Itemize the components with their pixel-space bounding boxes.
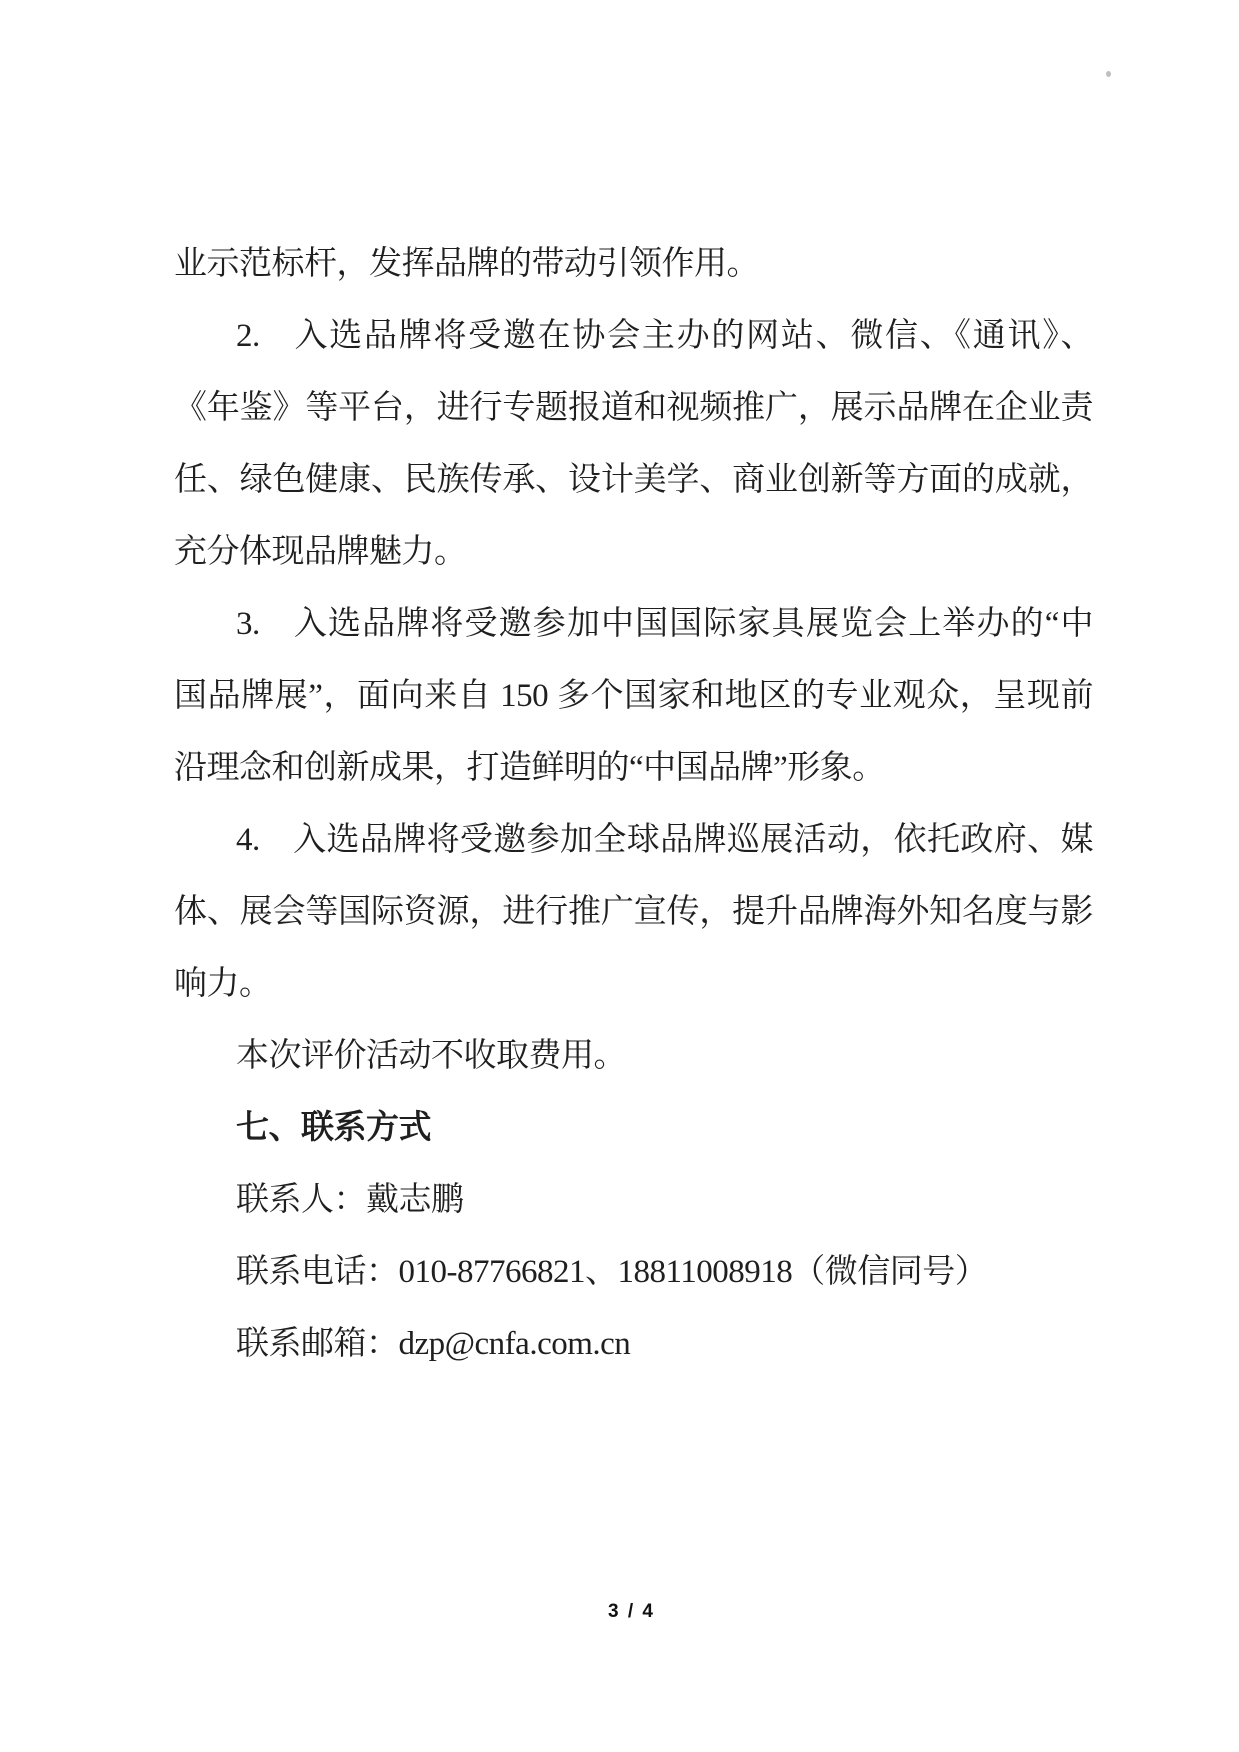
text-line: 业示范标杆，发挥品牌的带动引领作用。 xyxy=(174,228,1093,300)
text-line: 任、绿色健康、民族传承、设计美学、商业创新等方面的成就， xyxy=(174,444,1093,516)
text-line: 国品牌展”，面向来自 150 多个国家和地区的专业观众，呈现前 xyxy=(174,660,1093,732)
text-line: 沿理念和创新成果，打造鲜明的“中国品牌”形象。 xyxy=(174,732,1093,804)
text-line: 《年鉴》等平台，进行专题报道和视频推广，展示品牌在企业责 xyxy=(174,372,1093,444)
text-line: 体、展会等国际资源，进行推广宣传，提升品牌海外知名度与影 xyxy=(174,876,1093,948)
page-number-indicator: 3 / 4 xyxy=(608,1601,655,1623)
text-line: 本次评价活动不收取费用。 xyxy=(174,1020,1093,1092)
text-line: 响力。 xyxy=(174,948,1093,1020)
document-page: 业示范标杆，发挥品牌的带动引领作用。 2. 入选品牌将受邀在协会主办的网站、微信… xyxy=(0,0,1239,1752)
text-line: 3. 入选品牌将受邀参加中国国际家具展览会上举办的“中 xyxy=(174,588,1093,660)
contact-phone-line: 联系电话：010-87766821、18811008918（微信同号） xyxy=(174,1236,1093,1308)
contact-email-line: 联系邮箱：dzp@cnfa.com.cn xyxy=(174,1308,1093,1380)
document-body: 业示范标杆，发挥品牌的带动引领作用。 2. 入选品牌将受邀在协会主办的网站、微信… xyxy=(174,228,1093,1380)
scan-speck-artifact xyxy=(1106,71,1111,77)
text-line: 充分体现品牌魅力。 xyxy=(174,516,1093,588)
text-line: 2. 入选品牌将受邀在协会主办的网站、微信、《通讯》、 xyxy=(174,300,1093,372)
section-heading-contact: 七、联系方式 xyxy=(174,1092,1093,1164)
contact-person-line: 联系人：戴志鹏 xyxy=(174,1164,1093,1236)
text-line: 4. 入选品牌将受邀参加全球品牌巡展活动，依托政府、媒 xyxy=(174,804,1093,876)
